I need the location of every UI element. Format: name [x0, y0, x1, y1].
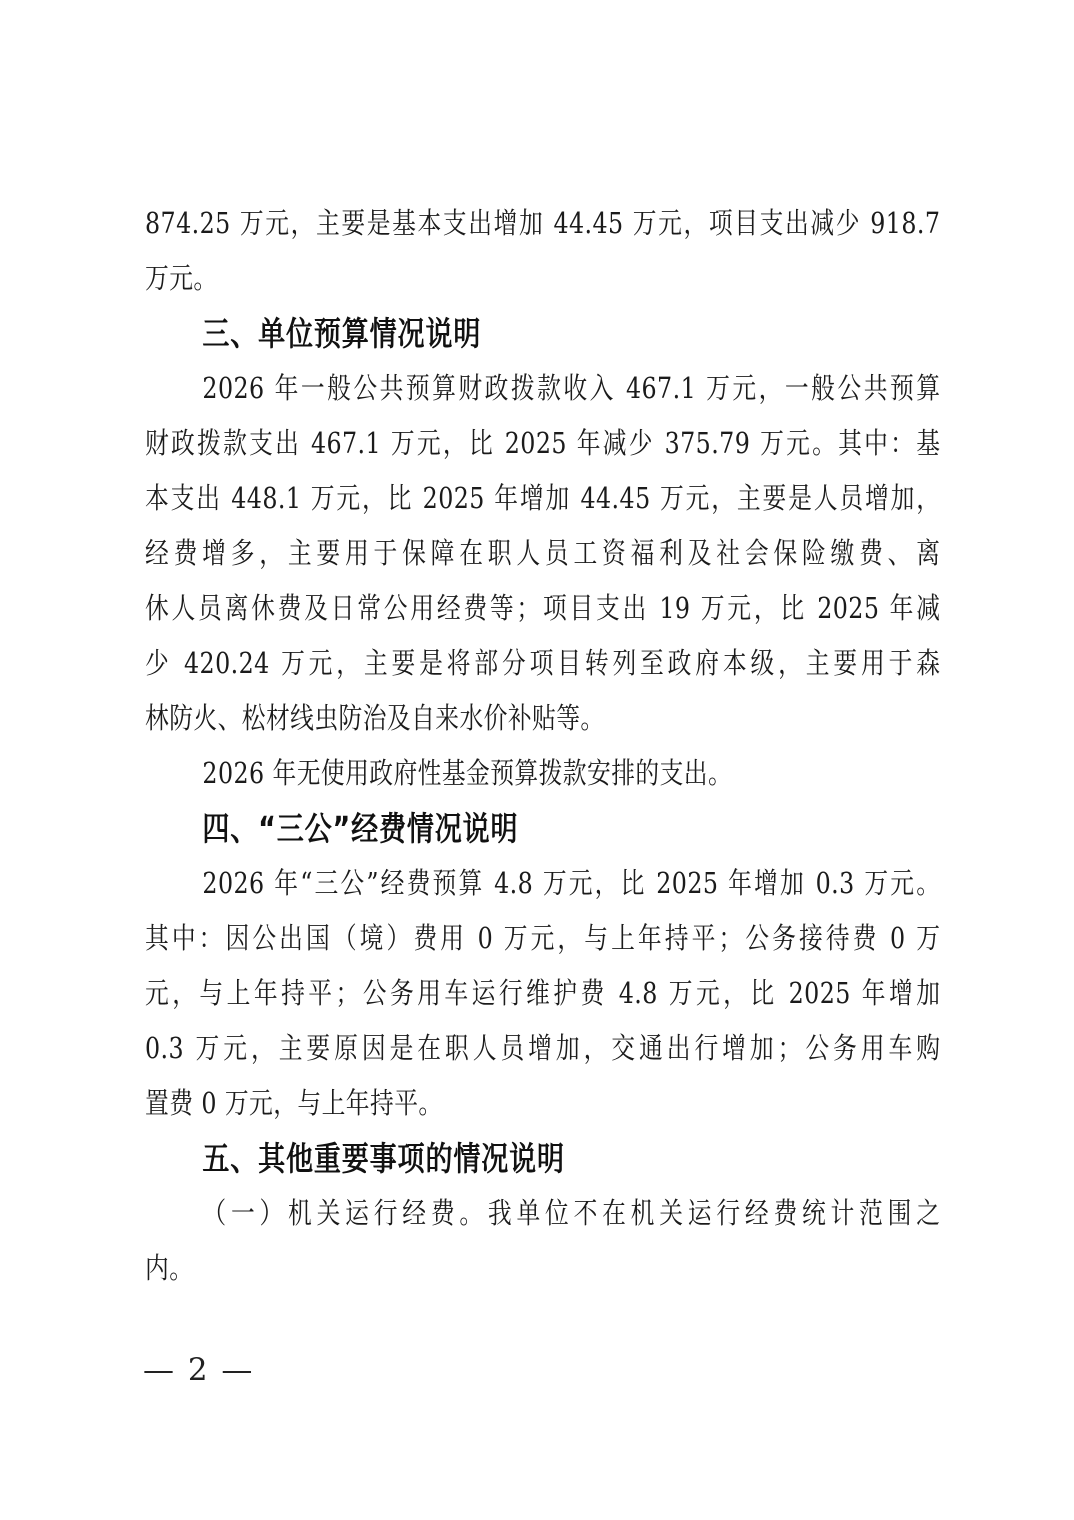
text-line: 内。	[145, 1241, 940, 1296]
section-heading: 五、其他重要事项的情况说明	[145, 1131, 940, 1186]
text-line: 2026 年“三公”经费预算 4.8 万元，比 2025 年增加 0.3 万元。	[145, 856, 940, 911]
text-line: 休人员离休费及日常公用经费等；项目支出 19 万元，比 2025 年减	[145, 581, 940, 636]
text-line: 财政拨款支出 467.1 万元，比 2025 年减少 375.79 万元。其中：…	[145, 416, 940, 471]
document-content: 874.25 万元，主要是基本支出增加 44.45 万元，项目支出减少 918.…	[145, 196, 940, 1296]
page-number: — 2 —	[143, 1352, 254, 1388]
section-heading: 三、单位预算情况说明	[145, 306, 940, 361]
text-line: 林防火、松材线虫防治及自来水价补贴等。	[145, 691, 940, 746]
text-line: 其中：因公出国（境）费用 0 万元，与上年持平；公务接待费 0 万	[145, 911, 940, 966]
text-line: 万元。	[145, 251, 940, 306]
section-heading: 四、“三公”经费情况说明	[145, 801, 940, 856]
text-line: 经费增多，主要用于保障在职人员工资福利及社会保险缴费、离	[145, 526, 940, 581]
text-line: 少 420.24 万元，主要是将部分项目转列至政府本级，主要用于森	[145, 636, 940, 691]
text-line: 874.25 万元，主要是基本支出增加 44.45 万元，项目支出减少 918.…	[145, 196, 940, 251]
text-line: （一）机关运行经费。我单位不在机关运行经费统计范围之	[145, 1186, 940, 1241]
text-line: 元，与上年持平；公务用车运行维护费 4.8 万元，比 2025 年增加	[145, 966, 940, 1021]
document-page: 874.25 万元，主要是基本支出增加 44.45 万元，项目支出减少 918.…	[0, 0, 1074, 1520]
text-line: 2026 年一般公共预算财政拨款收入 467.1 万元，一般公共预算	[145, 361, 940, 416]
text-line: 置费 0 万元，与上年持平。	[145, 1076, 940, 1131]
text-line: 2026 年无使用政府性基金预算拨款安排的支出。	[145, 746, 940, 801]
text-line: 本支出 448.1 万元，比 2025 年增加 44.45 万元，主要是人员增加…	[145, 471, 940, 526]
text-line: 0.3 万元，主要原因是在职人员增加，交通出行增加；公务用车购	[145, 1021, 940, 1076]
